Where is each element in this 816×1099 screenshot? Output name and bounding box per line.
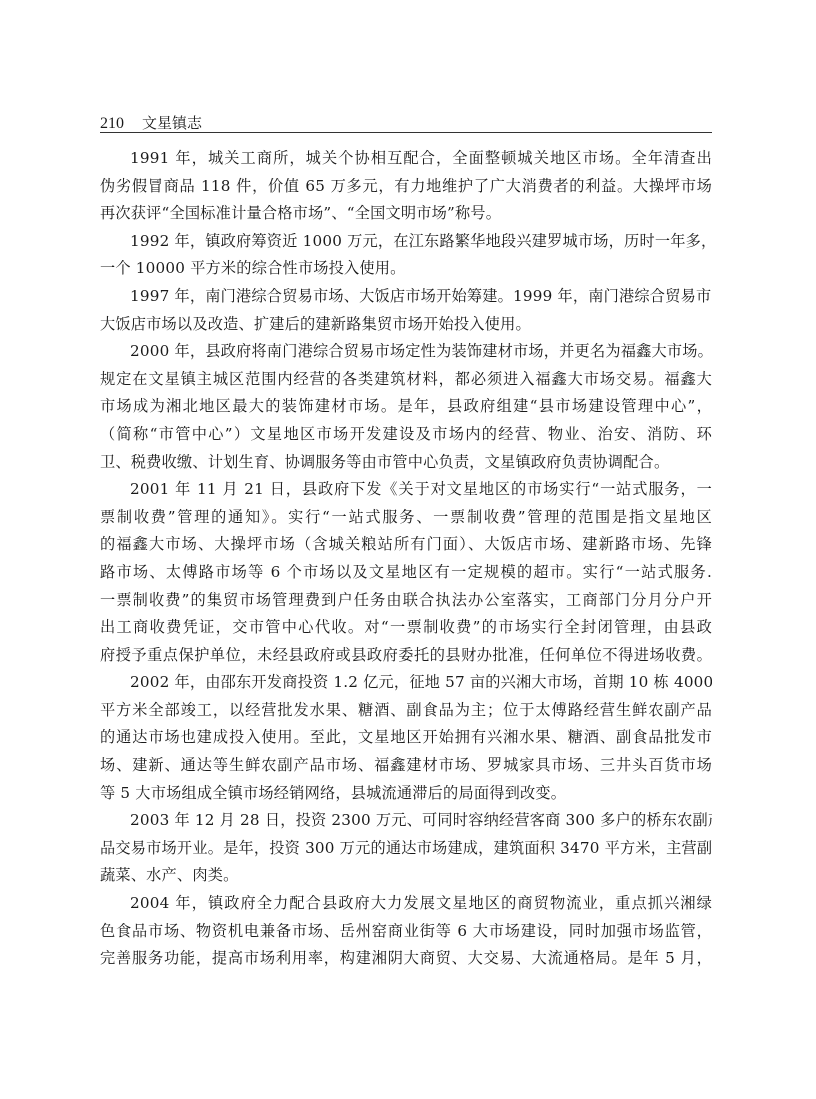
text-line: 1997 年，南门港综合贸易市场、大饭店市场开始筹建。1999 年，南门港综合贸… [100, 283, 712, 311]
paragraph: 2001 年 11 月 21 日，县政府下发《关于对文星地区的市场实行“一站式服… [100, 476, 712, 669]
text-line: 平方米全部竣工，以经营批发水果、糖酒、副食品为主；位于太傅路经营生鲜农副产品 [100, 697, 712, 725]
text-line: 2001 年 11 月 21 日，县政府下发《关于对文星地区的市场实行“一站式服… [100, 476, 712, 504]
text-line: 2004 年，镇政府全力配合县政府大力发展文星地区的商贸物流业，重点抓兴湘绿 [100, 890, 712, 918]
text-line: 2002 年，由邵东开发商投资 1.2 亿元，征地 57 亩的兴湘大市场，首期 … [100, 669, 712, 697]
paragraph: 2002 年，由邵东开发商投资 1.2 亿元，征地 57 亩的兴湘大市场，首期 … [100, 669, 712, 807]
text-line: （简称“市管中心”）文星地区市场开发建设及市场内的经营、物业、治安、消防、环 [100, 421, 712, 449]
book-title: 文星镇志 [142, 112, 202, 133]
text-line: 大饭店市场以及改造、扩建后的建新路集贸市场开始投入使用。 [100, 311, 712, 339]
running-header: 210 文星镇志 [100, 112, 712, 133]
text-line: 府授予重点保护单位，未经县政府或县政府委托的县财办批准，任何单位不得进场收费。 [100, 642, 712, 670]
paragraph: 2000 年，县政府将南门港综合贸易市场定性为装饰建材市场，并更名为福鑫大市场。… [100, 338, 712, 476]
text-line: 场、建新、通达等生鲜农副产品市场、福鑫建材市场、罗城家具市场、三井头百货市场 [100, 752, 712, 780]
text-line: 2000 年，县政府将南门港综合贸易市场定性为装饰建材市场，并更名为福鑫大市场。 [100, 338, 712, 366]
text-line: 的福鑫大市场、大操坪市场（含城关粮站所有门面）、大饭店市场、建新路市场、先锋 [100, 531, 712, 559]
text-line: 伪劣假冒商品 118 件，价值 65 万多元，有力地维护了广大消费者的利益。大操… [100, 173, 712, 201]
text-line: 等 5 大市场组成全镇市场经销网络，县城流通滞后的局面得到改变。 [100, 780, 712, 808]
text-line: 规定在文星镇主城区范围内经营的各类建筑材料，都必须进入福鑫大市场交易。福鑫大 [100, 366, 712, 394]
text-line: 品交易市场开业。是年，投资 300 万元的通达市场建成，建筑面积 3470 平方… [100, 835, 712, 863]
text-line: 蔬菜、水产、肉类。 [100, 862, 712, 890]
text-line: 1992 年，镇政府筹资近 1000 万元，在江东路繁华地段兴建罗城市场，历时一… [100, 228, 712, 256]
text-line: 市场成为湘北地区最大的装饰建材市场。是年，县政府组建“县市场建设管理中心”， [100, 393, 712, 421]
text-line: 再次获评“全国标准计量合格市场”、“全国文明市场”称号。 [100, 200, 712, 228]
text-line: 路市场、太傅路市场等 6 个市场以及文星地区有一定规模的超市。实行“一站式服务. [100, 559, 712, 587]
text-line: 色食品市场、物资机电兼备市场、岳州窑商业街等 6 大市场建设，同时加强市场监管， [100, 918, 712, 946]
paragraph: 2004 年，镇政府全力配合县政府大力发展文星地区的商贸物流业，重点抓兴湘绿 色… [100, 890, 712, 973]
text-line: 一个 10000 平方米的综合性市场投入使用。 [100, 255, 712, 283]
paragraph: 2003 年 12 月 28 日，投资 2300 万元、可同时容纳经营客商 30… [100, 807, 712, 890]
text-line: 完善服务功能，提高市场利用率，构建湘阴大商贸、大交易、大流通格局。是年 5 月， [100, 945, 712, 973]
paragraph: 1992 年，镇政府筹资近 1000 万元，在江东路繁华地段兴建罗城市场，历时一… [100, 228, 712, 283]
document-page: 210 文星镇志 1991 年，城关工商所，城关个协相互配合，全面整顿城关地区市… [100, 112, 712, 973]
text-line: 票制收费”管理的通知》。实行“一站式服务、一票制收费”管理的范围是指文星地区 [100, 504, 712, 532]
paragraph: 1997 年，南门港综合贸易市场、大饭店市场开始筹建。1999 年，南门港综合贸… [100, 283, 712, 338]
text-line: 1991 年，城关工商所，城关个协相互配合，全面整顿城关地区市场。全年清查出 [100, 145, 712, 173]
body-text: 1991 年，城关工商所，城关个协相互配合，全面整顿城关地区市场。全年清查出 伪… [100, 145, 712, 973]
text-line: 一票制收费”的集贸市场管理费到户任务由联合执法办公室落实，工商部门分月分户开 [100, 587, 712, 615]
text-line: 2003 年 12 月 28 日，投资 2300 万元、可同时容纳经营客商 30… [100, 807, 712, 835]
text-line: 卫、税费收缴、计划生育、协调服务等由市管中心负责，文星镇政府负责协调配合。 [100, 449, 712, 477]
text-line: 出工商收费凭证，交市管中心代收。对“一票制收费”的市场实行全封闭管理，由县政 [100, 614, 712, 642]
text-line: 的通达市场也建成投入使用。至此，文星地区开始拥有兴湘水果、糖酒、副食品批发市 [100, 724, 712, 752]
page-number: 210 [100, 115, 142, 133]
paragraph: 1991 年，城关工商所，城关个协相互配合，全面整顿城关地区市场。全年清查出 伪… [100, 145, 712, 228]
